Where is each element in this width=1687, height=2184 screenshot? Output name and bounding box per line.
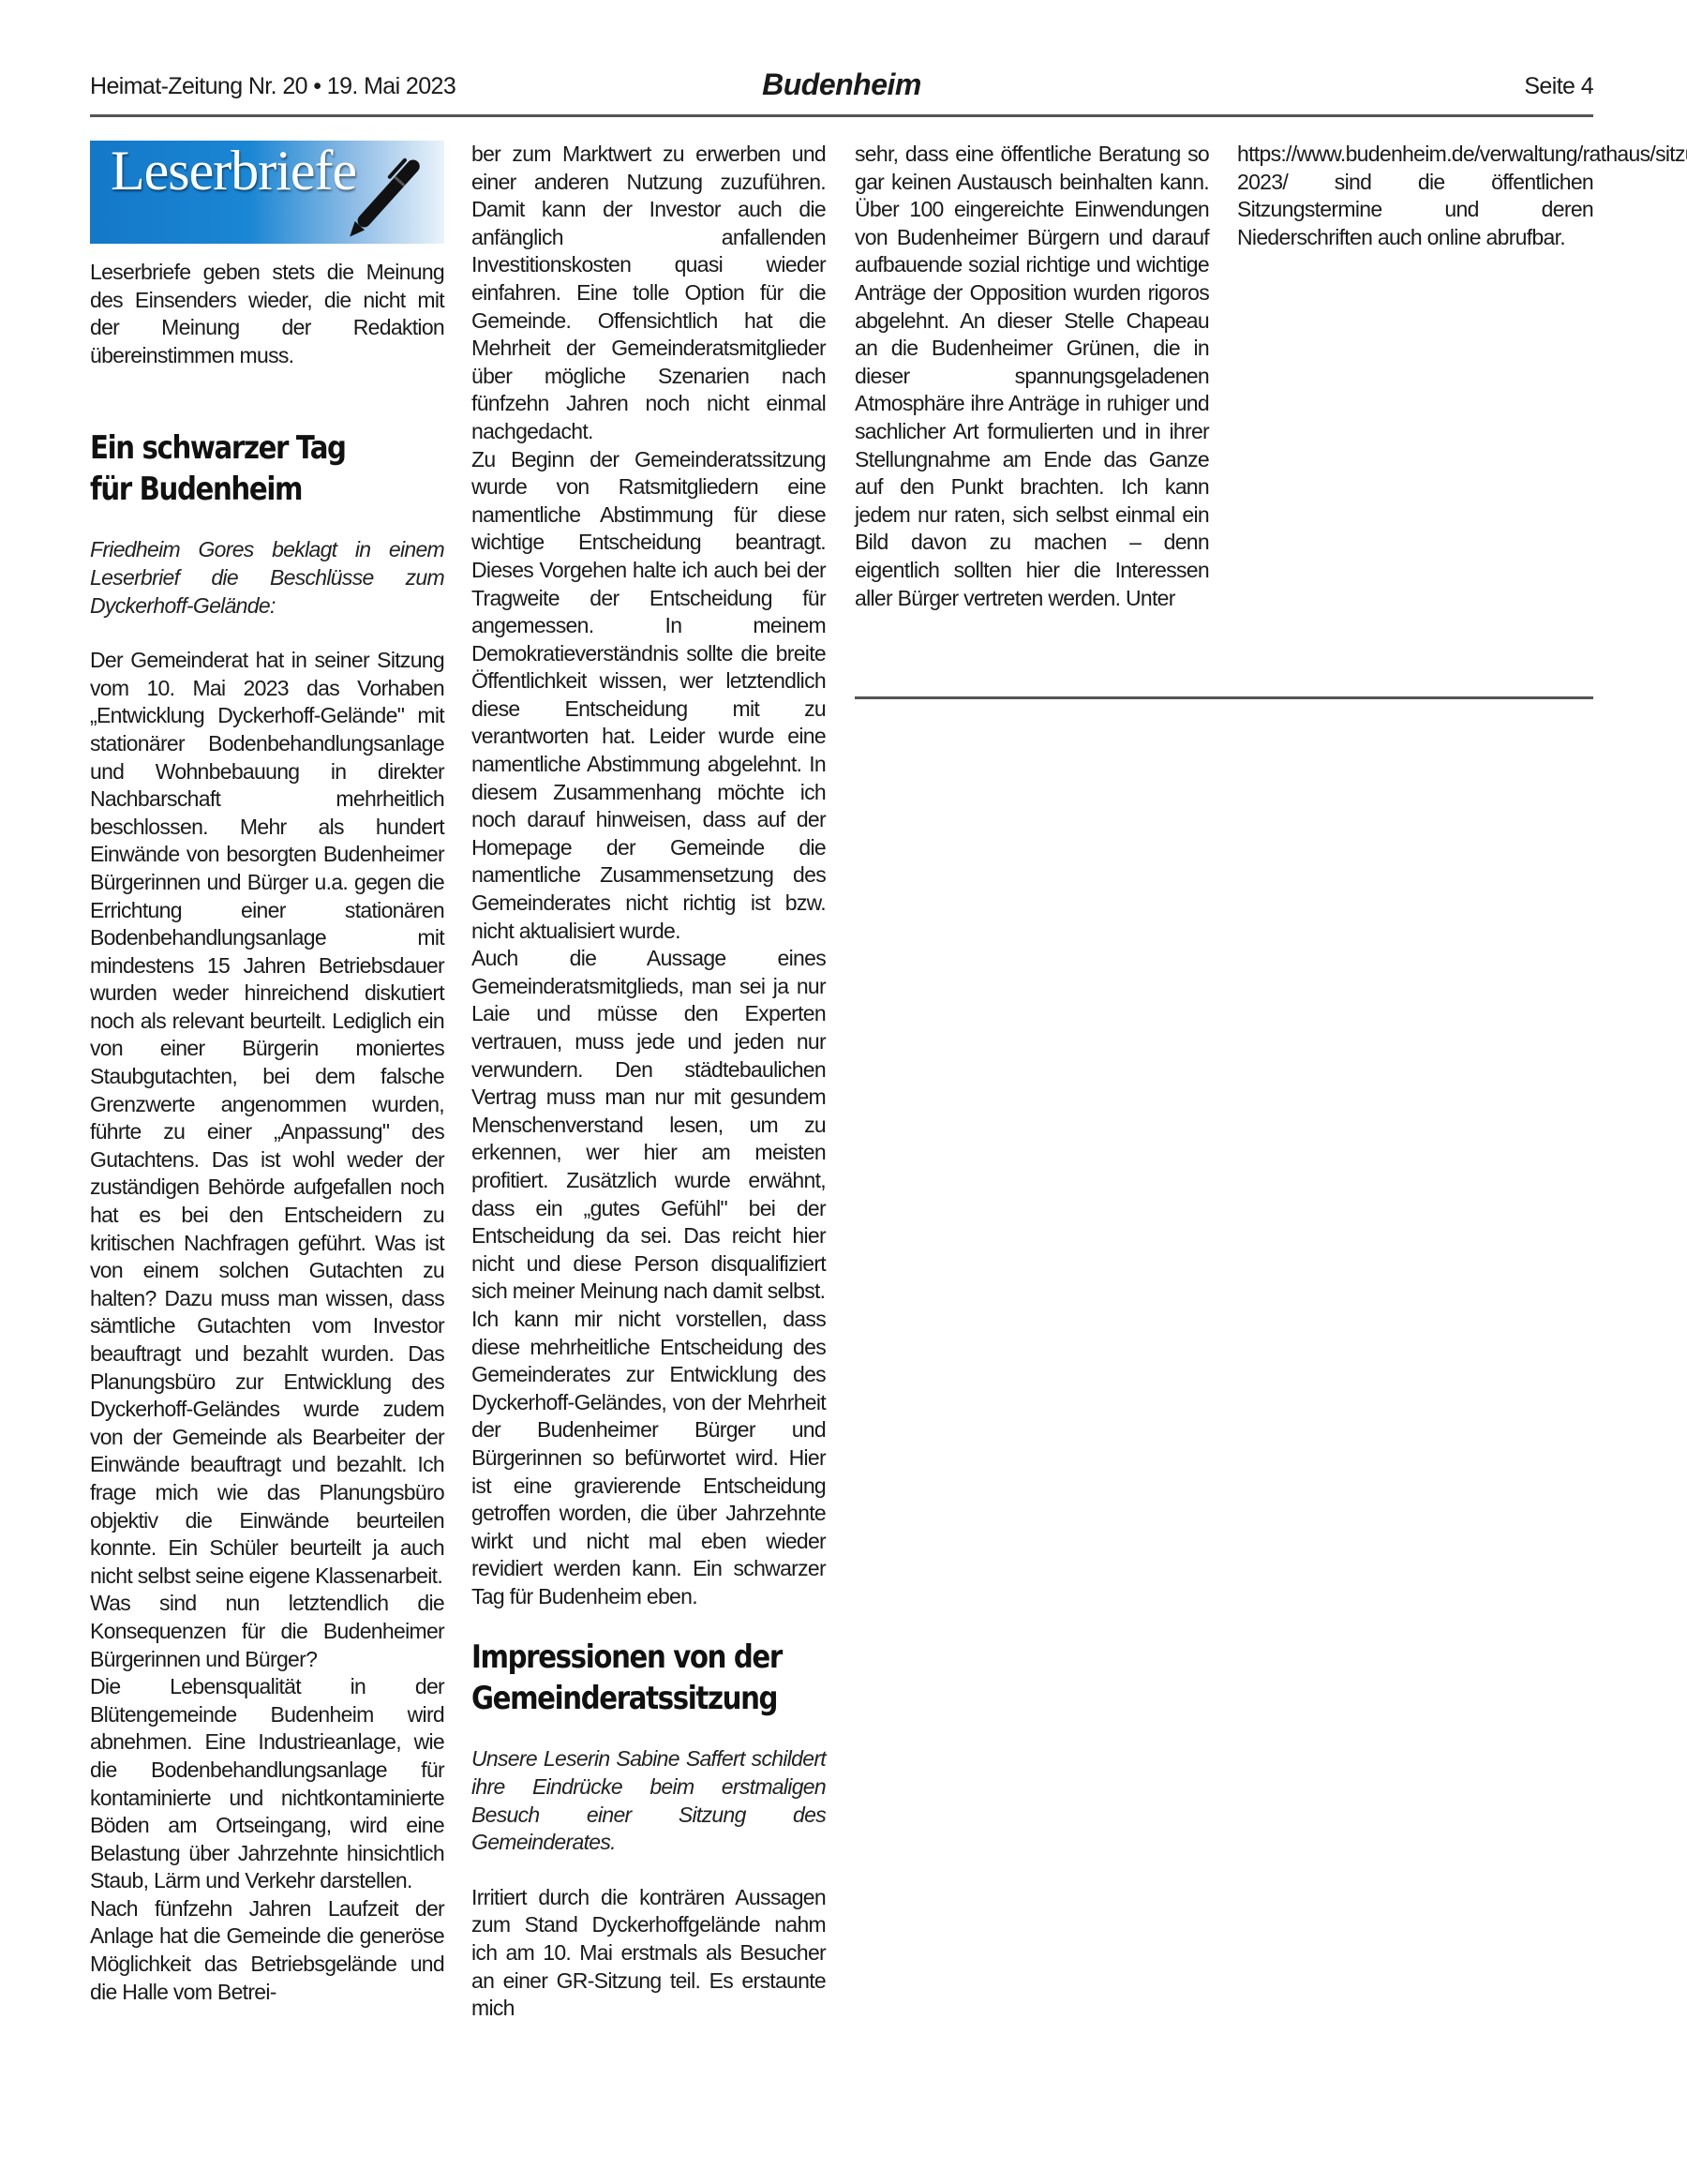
article-1-paragraph: Nach fünfzehn Jahren Laufzeit der Anlage… (90, 1895, 444, 2006)
page-number: Seite 4 (1524, 73, 1593, 100)
article-1-headline: Ein schwarzer Tag für Budenheim (90, 427, 395, 510)
article-2-paragraph: Irritiert durch die konträren Aussagen z… (471, 1884, 826, 2023)
article-1-paragraph: Auch die Aussage eines Gemeinderatsmitgl… (471, 945, 826, 1306)
headline-line: Gemeinderatssitzung (471, 1678, 776, 1719)
article-1-paragraph: Zu Beginn der Gemeinderatssitzung wurde … (471, 446, 826, 946)
article-1-paragraph: ber zum Marktwert zu erwerben und einer … (471, 141, 826, 446)
disclaimer-text: Leserbriefe geben stets die Meinung des … (90, 259, 444, 369)
pen-icon (337, 141, 442, 244)
article-1-paragraph: Der Gemeinderat hat in seiner Sitzung vo… (90, 647, 444, 1590)
article-2-paragraph: https://www.budenheim.de/verwaltung/rath… (1237, 141, 1593, 251)
section-divider (855, 696, 1593, 699)
article-1-lead: Friedheim Gores beklagt in einem Leserbr… (90, 536, 444, 620)
headline-line: Impressionen von der (471, 1637, 776, 1678)
article-1-paragraph: Was sind nun letztendlich die Konsequenz… (90, 1590, 444, 1673)
page-header: Heimat-Zeitung Nr. 20 • 19. Mai 2023 Bud… (90, 67, 1593, 105)
headline-line: für Budenheim (90, 469, 395, 510)
article-1-paragraph: Ich kann mir nicht vorstellen, dass dies… (471, 1306, 826, 1611)
column-3: sehr, dass eine öffentliche Beratung so … (855, 141, 1209, 612)
column-4: https://www.budenheim.de/verwaltung/rath… (1237, 141, 1593, 251)
headline-line: Ein schwarzer Tag (90, 427, 395, 469)
article-1-paragraph: Die Lebensqualität in der Blütengemeinde… (90, 1673, 444, 1895)
leserbriefe-banner: Leserbriefe (90, 141, 444, 244)
article-2-paragraph: sehr, dass eine öffentliche Beratung so … (855, 141, 1209, 612)
column-2: ber zum Marktwert zu erwerben und einer … (471, 141, 826, 2023)
header-rule (90, 114, 1593, 117)
article-2-headline: Impressionen von der Gemeinderatssitzung (471, 1637, 776, 1719)
article-2-lead: Unsere Leserin Sabine Saffert schildert … (471, 1745, 826, 1856)
banner-title: Leserbriefe (111, 157, 356, 186)
column-1: Leserbriefe Leserbriefe geben stets die … (90, 141, 444, 2006)
town-title: Budenheim (90, 67, 1593, 102)
